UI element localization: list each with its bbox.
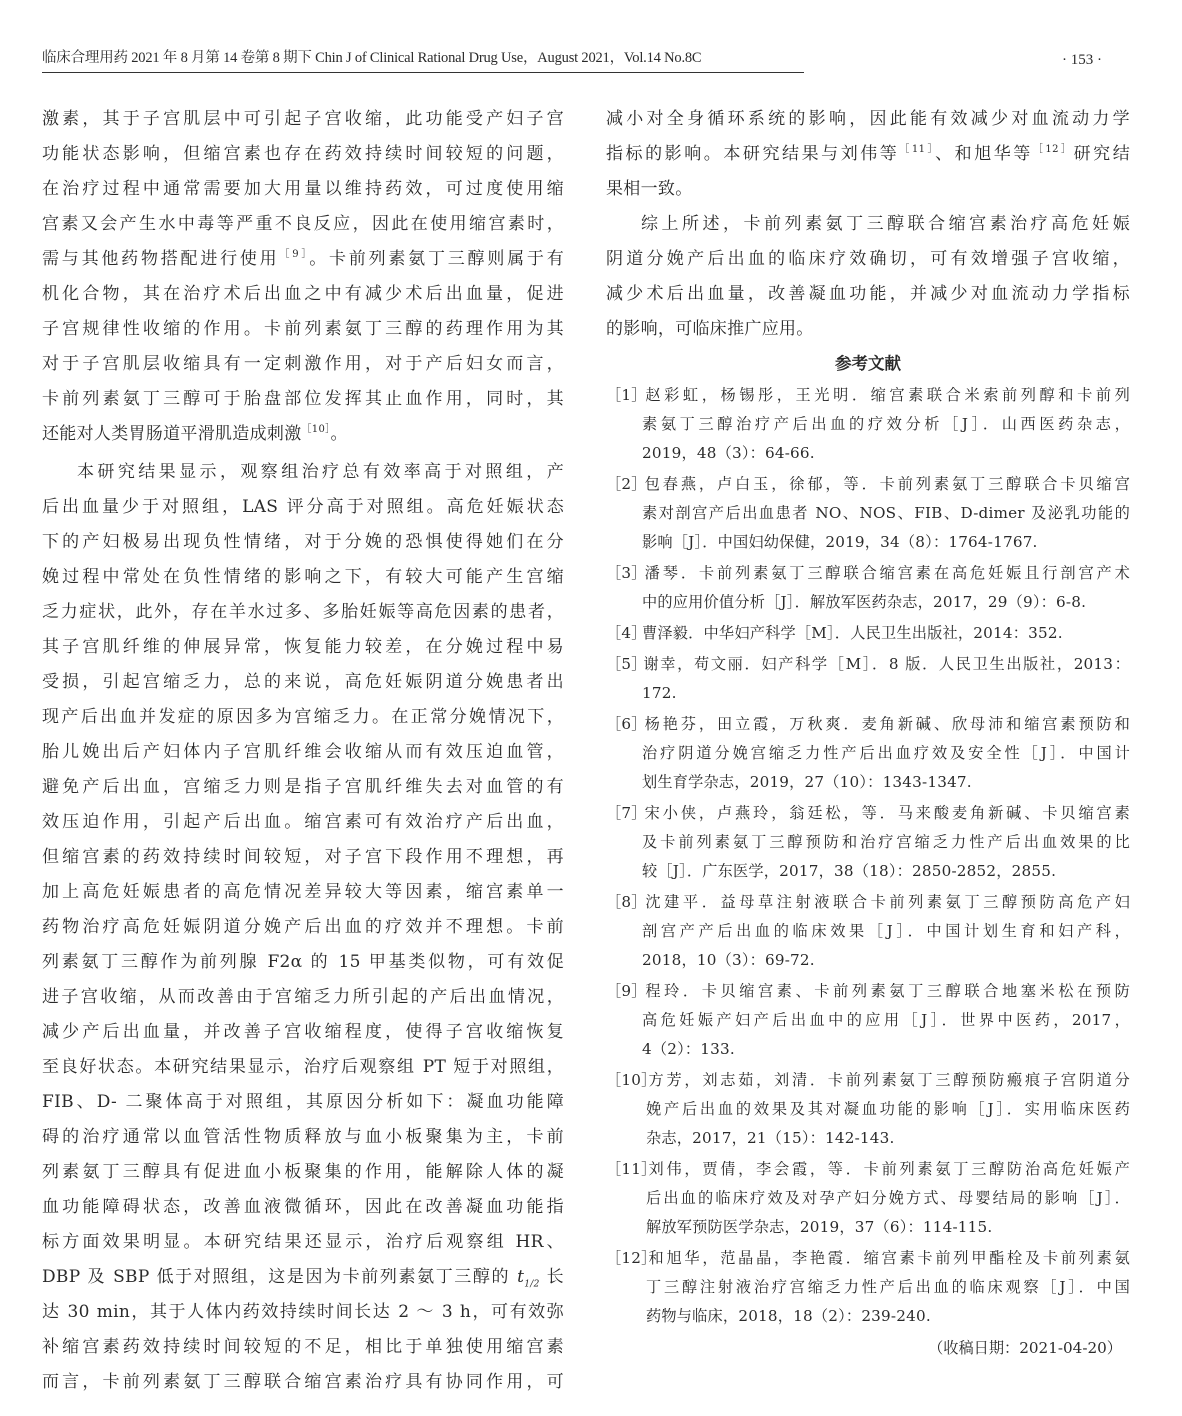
text-line: 指标的影响。本研究结果与刘伟等［11］、和旭华等［12］研究结 — [606, 137, 1130, 172]
journal-running-title: 临床合理用药 2021 年 8 月第 14 卷第 8 期下 Chin J of … — [42, 50, 701, 66]
reference-number: ［6］ — [606, 710, 642, 739]
text-line: 对于子宫肌层收缩具有一定刺激作用，对于产后妇女而言， — [42, 347, 564, 382]
reference-number: ［7］ — [606, 799, 642, 828]
citation-12[interactable]: ［12］ — [1033, 144, 1074, 155]
half-life-symbol: t1/2 — [517, 1267, 540, 1287]
text-line: 列素氨丁三醇具有促进血小板聚集的作用，能解除人体的凝 — [42, 1155, 564, 1190]
text-line: 宫素又会产生水中毒等严重不良反应，因此在使用缩宫素时， — [42, 207, 564, 242]
reference-number: ［11］ — [606, 1155, 646, 1184]
reference-number: ［1］ — [606, 381, 642, 410]
page-number: · 153 · — [1062, 48, 1102, 72]
left-column: 激素，其于子宫肌层中可引起子宫收缩，此功能受产妇子宫 功能状态影响，但缩宫素也存… — [42, 102, 564, 1400]
text-line: 减少产后出血量，并改善子宫收缩程度，使得子宫收缩恢复 — [42, 1015, 564, 1050]
text-line: 标方面效果明显。本研究结果还显示，治疗后观察组 HR、 — [42, 1225, 564, 1260]
references-heading: 参考文献 — [606, 349, 1130, 379]
reference-number: ［2］ — [606, 470, 642, 499]
text-line: 达 30 min，其于人体内药效持续时间长达 2 ～ 3 h，可有效弥 — [42, 1295, 564, 1330]
reference-item: ［5］谢幸，苟文丽．妇产科学［M］．8 版．人民卫生出版社，2013： 172. — [606, 650, 1130, 708]
text-line: 乏力症状，此外，存在羊水过多、多胎妊娠等高危因素的患者， — [42, 595, 564, 630]
reference-number: ［9］ — [606, 977, 642, 1006]
reference-item: ［1］赵彩虹，杨锡彤，王光明．缩宫素联合米索前列醇和卡前列 素氨丁三醇治疗产后出… — [606, 381, 1130, 468]
text-line: 现产后出血并发症的原因多为宫缩乏力。在正常分娩情况下， — [42, 700, 564, 735]
reference-number: ［8］ — [606, 888, 642, 917]
reference-item: ［11］刘伟，贾倩，李会霞，等．卡前列素氨丁三醇防治高危妊娠产 后出血的临床疗效… — [606, 1155, 1130, 1242]
text-line: 娩过程中常处在负性情绪的影响之下，有较大可能产生宫缩 — [42, 560, 564, 595]
right-column: 减小对全身循环系统的影响，因此能有效减少对血流动力学 指标的影响。本研究结果与刘… — [606, 102, 1130, 1363]
text-line: 列素氨丁三醇作为前列腺 F2α 的 15 甲基类似物，可有效促 — [42, 945, 564, 980]
text-line: 药物治疗高危妊娠阴道分娩产后出血的疗效并不理想。卡前 — [42, 910, 564, 945]
reference-number: ［12］ — [606, 1244, 646, 1273]
running-header: 临床合理用药 2021 年 8 月第 14 卷第 8 期下 Chin J of … — [42, 44, 804, 73]
text-line: 减少术后出血量，改善凝血功能，并减少对血流动力学指标 — [606, 277, 1130, 312]
paragraph-consistency: 减小对全身循环系统的影响，因此能有效减少对血流动力学 指标的影响。本研究结果与刘… — [606, 102, 1130, 207]
reference-item: ［2］包春燕，卢白玉，徐郁，等．卡前列素氨丁三醇联合卡贝缩宫 素对剖宫产后出血患… — [606, 470, 1130, 557]
reference-item: ［7］宋小侠，卢燕玲，翁廷松，等．马来酸麦角新碱、卡贝缩宫素 及卡前列素氨丁三醇… — [606, 799, 1130, 886]
text-line: 激素，其于子宫肌层中可引起子宫收缩，此功能受产妇子宫 — [42, 102, 564, 137]
reference-item: ［4］曹泽毅．中华妇产科学［M］．人民卫生出版社，2014：352. — [606, 619, 1130, 648]
text-line: DBP 及 SBP 低于对照组，这是因为卡前列素氨丁三醇的 t1/2 长 — [42, 1260, 564, 1295]
text-line: 阴道分娩产后出血的临床疗效确切，可有效增强子宫收缩， — [606, 242, 1130, 277]
reference-number: ［4］ — [606, 619, 642, 648]
citation-11[interactable]: ［11］ — [899, 144, 935, 155]
reference-item: ［12］和旭华，范晶晶，李艳霞．缩宫素卡前列甲酯栓及卡前列素氨 丁三醇注射液治疗… — [606, 1244, 1130, 1331]
text-line: 加上高危妊娠患者的高危情况差异较大等因素，缩宫素单一 — [42, 875, 564, 910]
text-line: 至良好状态。本研究结果显示，治疗后观察组 PT 短于对照组， — [42, 1050, 564, 1085]
paragraph-discussion-continued: 激素，其于子宫肌层中可引起子宫收缩，此功能受产妇子宫 功能状态影响，但缩宫素也存… — [42, 102, 564, 452]
citation-10[interactable]: ［10］ — [302, 424, 331, 435]
reference-item: ［3］潘琴．卡前列素氨丁三醇联合缩宫素在高危妊娠且行剖宫产术 中的应用价值分析［… — [606, 559, 1130, 617]
text-line: 减小对全身循环系统的影响，因此能有效减少对血流动力学 — [606, 102, 1130, 137]
reference-number: ［10］ — [606, 1066, 646, 1095]
text-line: 果相一致。 — [606, 172, 1130, 207]
received-date: （收稿日期：2021-04-20） — [606, 1333, 1130, 1363]
reference-item: ［10］方芳，刘志茹，刘清．卡前列素氨丁三醇预防瘢痕子宫阴道分 娩产后出血的效果… — [606, 1066, 1130, 1153]
reference-item: ［8］沈建平．益母草注射液联合卡前列素氨丁三醇预防高危产妇 剖宫产产后出血的临床… — [606, 888, 1130, 975]
paragraph-results-analysis: 本研究结果显示，观察组治疗总有效率高于对照组，产 后出血量少于对照组，LAS 评… — [42, 455, 564, 1400]
text-line: 机化合物，其在治疗术后出血之中有减少术后出血量，促进 — [42, 277, 564, 312]
text-line: 补缩宫素药效持续时间较短的不足，相比于单独使用缩宫素 — [42, 1330, 564, 1365]
text-line: 受损，引起宫缩乏力，总的来说，高危妊娠阴道分娩患者出 — [42, 665, 564, 700]
text-line: 其子宫肌纤维的伸展异常，恢复能力较差，在分娩过程中易 — [42, 630, 564, 665]
text-line: 进子宫收缩，从而改善由于宫缩乏力所引起的产后出血情况， — [42, 980, 564, 1015]
text-line: 避免产后出血，宫缩乏力则是指子宫肌纤维失去对血管的有 — [42, 770, 564, 805]
reference-number: ［3］ — [606, 559, 642, 588]
text-line: 血功能障碍状态，改善血液微循环，因此在改善凝血功能指 — [42, 1190, 564, 1225]
text-line: 卡前列素氨丁三醇可于胎盘部位发挥其止血作用，同时，其 — [42, 382, 564, 417]
reference-item: ［6］杨艳芬，田立霞，万秋爽．麦角新碱、欣母沛和缩宫素预防和 治疗阴道分娩宫缩乏… — [606, 710, 1130, 797]
text-line: 综上所述，卡前列素氨丁三醇联合缩宫素治疗高危妊娠 — [606, 207, 1130, 242]
citation-9[interactable]: ［9］ — [279, 249, 309, 260]
text-line: 功能状态影响，但缩宫素也存在药效持续时间较短的问题， — [42, 137, 564, 172]
text-line: 而言，卡前列素氨丁三醇联合缩宫素治疗具有协同作用，可 — [42, 1365, 564, 1400]
text-line: 下的产妇极易出现负性情绪，对于分娩的恐惧使得她们在分 — [42, 525, 564, 560]
text-line: 但缩宫素的药效持续时间较短，对子宫下段作用不理想，再 — [42, 840, 564, 875]
text-line: 本研究结果显示，观察组治疗总有效率高于对照组，产 — [42, 455, 564, 490]
text-line: 后出血量少于对照组，LAS 评分高于对照组。高危妊娠状态 — [42, 490, 564, 525]
paragraph-conclusion: 综上所述，卡前列素氨丁三醇联合缩宫素治疗高危妊娠 阴道分娩产后出血的临床疗效确切… — [606, 207, 1130, 347]
text-line: 的影响，可临床推广应用。 — [606, 312, 1130, 347]
text-line: 碍的治疗通常以血管活性物质释放与血小板聚集为主，卡前 — [42, 1120, 564, 1155]
text-line: 需与其他药物搭配进行使用［9］。卡前列素氨丁三醇则属于有 — [42, 242, 564, 277]
text-line: 在治疗过程中通常需要加大用量以维持药效，可过度使用缩 — [42, 172, 564, 207]
reference-list: ［1］赵彩虹，杨锡彤，王光明．缩宫素联合米索前列醇和卡前列 素氨丁三醇治疗产后出… — [606, 381, 1130, 1331]
text-line: 效压迫作用，引起产后出血。缩宫素可有效治疗产后出血， — [42, 805, 564, 840]
text-line: 子宫规律性收缩的作用。卡前列素氨丁三醇的药理作用为其 — [42, 312, 564, 347]
text-line: FIB、D- 二聚体高于对照组，其原因分析如下：凝血功能障 — [42, 1085, 564, 1120]
reference-item: ［9］程玲．卡贝缩宫素、卡前列素氨丁三醇联合地塞米松在预防 高危妊娠产妇产后出血… — [606, 977, 1130, 1064]
text-line: 胎儿娩出后产妇体内子宫肌纤维会收缩从而有效压迫血管， — [42, 735, 564, 770]
reference-number: ［5］ — [606, 650, 642, 679]
text-line: 还能对人类胃肠道平滑肌造成刺激［10］。 — [42, 417, 564, 452]
